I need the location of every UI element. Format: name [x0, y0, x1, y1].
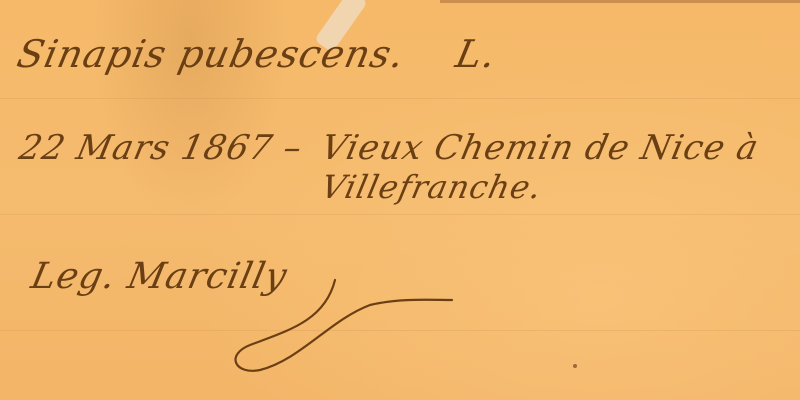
- paper-speck: [573, 364, 577, 368]
- signature-flourish: [0, 0, 800, 400]
- herbarium-label-paper: Sinapis pubescens. L. 22 Mars 1867 – Vie…: [0, 0, 800, 400]
